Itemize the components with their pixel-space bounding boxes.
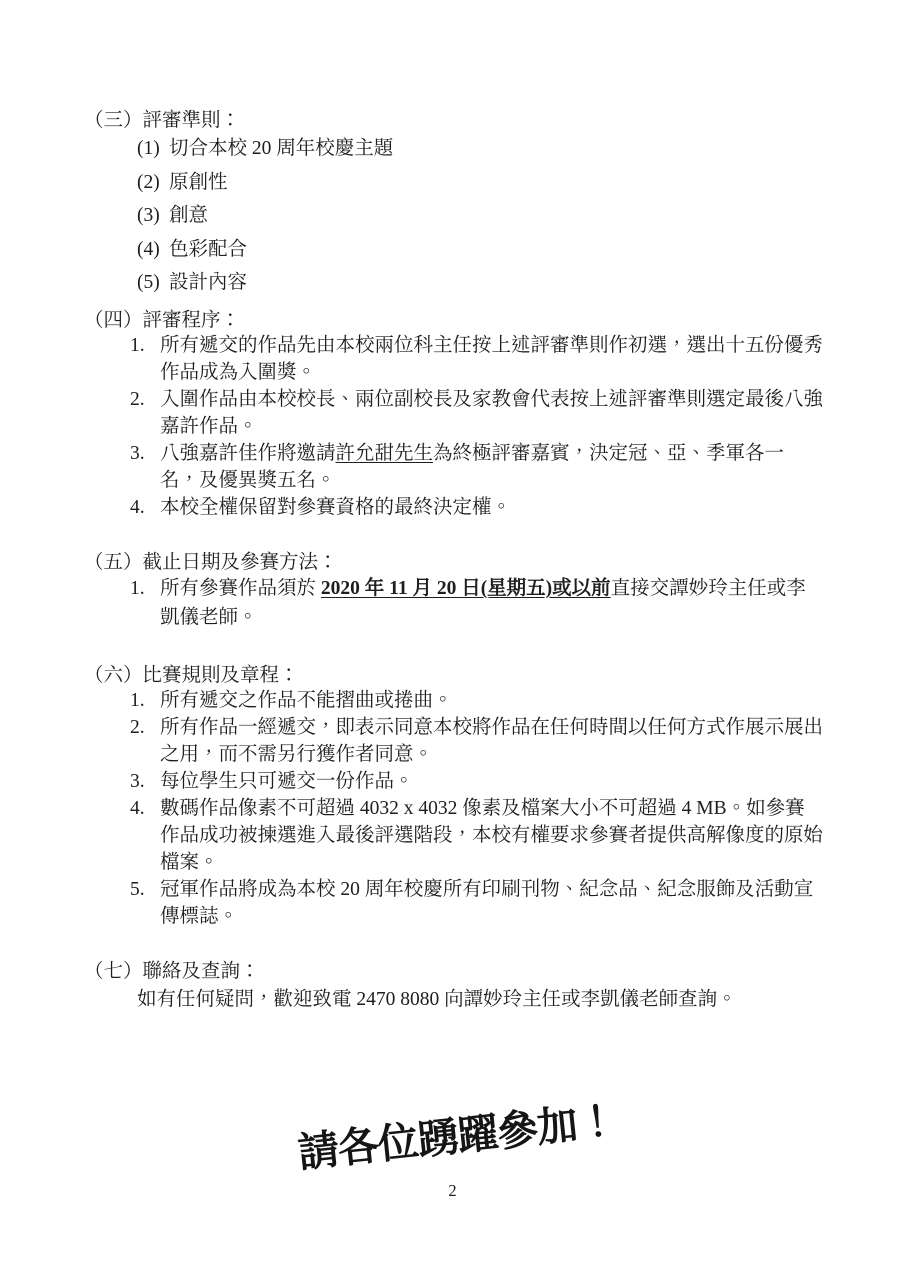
item-number: 3.: [130, 440, 160, 467]
item-text: 設計內容: [169, 266, 829, 300]
item-number: (3): [137, 199, 169, 233]
item-number: 4.: [130, 795, 160, 822]
list-item: (4) 色彩配合: [137, 233, 829, 267]
item-text: 所有遞交的作品先由本校兩位科主任按上述評審準則作初選，選出十五份優秀作品成為入圍…: [160, 332, 823, 386]
item-text: 入圍作品由本校校長、兩位副校長及家教會代表按上述評審準則選定最後八強嘉許作品。: [160, 386, 823, 440]
section-contact: （七） 聯絡及查詢： 如有任何疑問，歡迎致電 2470 8080 向譚妙玲主任或…: [84, 961, 829, 1016]
section-label: （六）: [84, 665, 143, 687]
item-text: 色彩配合: [169, 233, 829, 267]
process-list: 1. 所有遞交的作品先由本校兩位科主任按上述評審準則作初選，選出十五份優秀作品成…: [130, 332, 829, 521]
section-deadline: （五） 截止日期及參賽方法： 1. 所有參賽作品須於 2020 年 11 月 2…: [84, 552, 829, 632]
list-item: (1) 切合本校 20 周年校慶主題: [137, 132, 829, 166]
section-header: （五） 截止日期及參賽方法：: [84, 552, 829, 574]
section-rules: （六） 比賽規則及章程： 1. 所有遞交之作品不能摺曲或捲曲。 2. 所有作品一…: [84, 665, 829, 930]
section-label: （四）: [84, 310, 143, 332]
item-number: (2): [137, 166, 169, 200]
item-text: 所有遞交之作品不能摺曲或捲曲。: [160, 687, 823, 714]
list-item: 2. 入圍作品由本校校長、兩位副校長及家教會代表按上述評審準則選定最後八強嘉許作…: [130, 386, 829, 440]
closing-slogan: 請各位踴躍參加！: [295, 1086, 629, 1179]
item-text: 本校全權保留對參賽資格的最終決定權。: [160, 494, 823, 521]
section-title: 評審程序：: [143, 310, 829, 332]
deadline-list: 1. 所有參賽作品須於 2020 年 11 月 20 日(星期五)或以前直接交譚…: [130, 574, 829, 632]
list-item: 4. 本校全權保留對參賽資格的最終決定權。: [130, 494, 829, 521]
section-header: （四） 評審程序：: [84, 310, 829, 332]
item-number: 4.: [130, 494, 160, 521]
page-number: 2: [0, 1181, 905, 1201]
section-title: 評審準則：: [143, 110, 829, 132]
item-number: (4): [137, 233, 169, 267]
section-judging-criteria: （三） 評審準則： (1) 切合本校 20 周年校慶主題 (2) 原創性 (3)…: [84, 110, 829, 300]
rules-list: 1. 所有遞交之作品不能摺曲或捲曲。 2. 所有作品一經遞交，即表示同意本校將作…: [130, 687, 829, 930]
section-title: 截止日期及參賽方法：: [143, 552, 829, 574]
guest-judge-name: 許允甜先生: [336, 443, 434, 464]
item-text: 所有參賽作品須於 2020 年 11 月 20 日(星期五)或以前直接交譚妙玲主…: [160, 574, 823, 632]
document-page: （三） 評審準則： (1) 切合本校 20 周年校慶主題 (2) 原創性 (3)…: [0, 0, 905, 1280]
section-title: 比賽規則及章程：: [143, 665, 829, 687]
item-text: 原創性: [169, 166, 829, 200]
section-label: （三）: [84, 110, 143, 132]
item-text: 切合本校 20 周年校慶主題: [169, 132, 829, 166]
item-number: 2.: [130, 386, 160, 413]
list-item: 3. 每位學生只可遞交一份作品。: [130, 768, 829, 795]
item-text-segment: 所有參賽作品須於: [160, 578, 321, 599]
list-item: 3. 八強嘉許佳作將邀請許允甜先生為終極評審嘉賓，決定冠、亞、季軍各一名，及優異…: [130, 440, 829, 494]
item-text: 創意: [169, 199, 829, 233]
list-item: 5. 冠軍作品將成為本校 20 周年校慶所有印刷刊物、紀念品、紀念服飾及活動宣傳…: [130, 876, 829, 930]
section-judging-process: （四） 評審程序： 1. 所有遞交的作品先由本校兩位科主任按上述評審準則作初選，…: [84, 310, 829, 521]
item-text: 每位學生只可遞交一份作品。: [160, 768, 823, 795]
item-number: 2.: [130, 714, 160, 741]
item-text: 八強嘉許佳作將邀請許允甜先生為終極評審嘉賓，決定冠、亞、季軍各一名，及優異獎五名…: [160, 440, 823, 494]
list-item: 1. 所有遞交的作品先由本校兩位科主任按上述評審準則作初選，選出十五份優秀作品成…: [130, 332, 829, 386]
section-header: （七） 聯絡及查詢：: [84, 961, 829, 983]
item-number: 1.: [130, 574, 160, 603]
criteria-list: (1) 切合本校 20 周年校慶主題 (2) 原創性 (3) 創意 (4) 色彩…: [137, 132, 829, 300]
item-text: 數碼作品像素不可超過 4032 x 4032 像素及檔案大小不可超過 4 MB。…: [160, 795, 823, 876]
section-header: （三） 評審準則：: [84, 110, 829, 132]
item-number: 5.: [130, 876, 160, 903]
list-item: 4. 數碼作品像素不可超過 4032 x 4032 像素及檔案大小不可超過 4 …: [130, 795, 829, 876]
list-item: 2. 所有作品一經遞交，即表示同意本校將作品在任何時間以任何方式作展示展出之用，…: [130, 714, 829, 768]
item-number: 1.: [130, 687, 160, 714]
list-item: (2) 原創性: [137, 166, 829, 200]
item-text: 所有作品一經遞交，即表示同意本校將作品在任何時間以任何方式作展示展出之用，而不需…: [160, 714, 823, 768]
deadline-highlight: 2020 年 11 月 20 日(星期五)或以前: [321, 578, 611, 599]
section-title: 聯絡及查詢：: [143, 961, 829, 983]
item-number: 1.: [130, 332, 160, 359]
list-item: 1. 所有遞交之作品不能摺曲或捲曲。: [130, 687, 829, 714]
list-item: (5) 設計內容: [137, 266, 829, 300]
section-label: （五）: [84, 552, 143, 574]
item-number: 3.: [130, 768, 160, 795]
section-header: （六） 比賽規則及章程：: [84, 665, 829, 687]
item-text: 冠軍作品將成為本校 20 周年校慶所有印刷刊物、紀念品、紀念服飾及活動宣傳標誌。: [160, 876, 823, 930]
section-label: （七）: [84, 961, 143, 983]
item-number: (1): [137, 132, 169, 166]
item-text-segment: 八強嘉許佳作將邀請: [160, 443, 336, 464]
item-number: (5): [137, 266, 169, 300]
contact-text: 如有任何疑問，歡迎致電 2470 8080 向譚妙玲主任或李凱儀老師查詢。: [137, 983, 827, 1016]
list-item: 1. 所有參賽作品須於 2020 年 11 月 20 日(星期五)或以前直接交譚…: [130, 574, 829, 632]
list-item: (3) 創意: [137, 199, 829, 233]
